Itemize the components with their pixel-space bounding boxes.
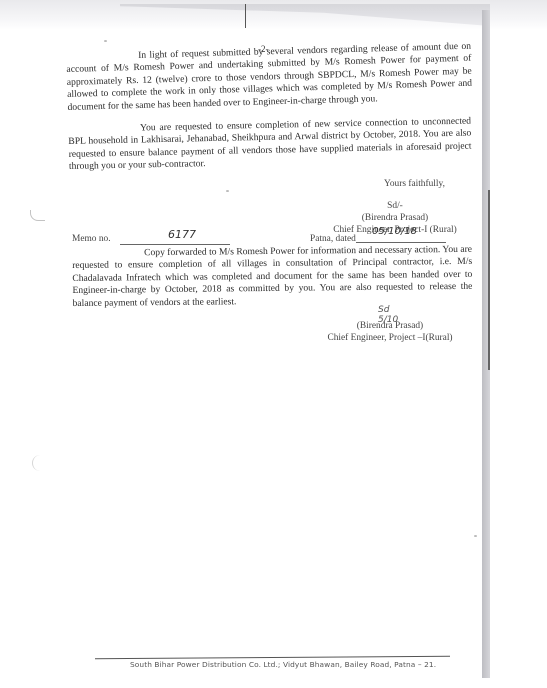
paragraph-1-text: In light of request submitted by several…	[66, 41, 472, 113]
handwritten-signature: Sd 5/10	[378, 305, 406, 319]
scan-speck	[104, 40, 107, 42]
signatory-name: (Birendra Prasad)	[310, 212, 480, 224]
closing: Yours faithfully,	[384, 179, 445, 189]
signature-block-2: (Birendra Prasad) Chief Engineer, Projec…	[300, 320, 480, 344]
footer-rule	[95, 656, 450, 659]
paragraph-3-text: Copy forwarded to M/s Romesh Power for i…	[72, 244, 472, 309]
memo-number: 6177	[168, 228, 196, 241]
scan-mark	[32, 455, 43, 471]
scan-right-edge-dark	[488, 190, 490, 370]
scan-speck	[226, 190, 229, 192]
paragraph-2-text: You are requested to ensure completion o…	[68, 116, 471, 173]
paragraph-3: Copy forwarded to M/s Romesh Power for i…	[72, 244, 473, 310]
document-page: -2- In light of request submitted by sev…	[0, 0, 482, 688]
scan-speck	[474, 535, 477, 537]
signatory-name-2: (Birendra Prasad)	[300, 320, 480, 332]
signature-sd: Sd/-	[310, 200, 480, 212]
dated-underline	[356, 242, 446, 243]
dated-label: Patna, dated	[310, 234, 356, 244]
paragraph-1: In light of request submitted by several…	[66, 41, 473, 114]
memo-date: 05/10/18	[372, 226, 417, 237]
scan-mark	[30, 210, 45, 221]
memo-underline	[120, 244, 230, 245]
memo-label: Memo no.	[72, 234, 111, 244]
signatory-title-2: Chief Engineer, Project –I(Rural)	[300, 332, 480, 344]
footer-address: South Bihar Power Distribution Co. Ltd.;…	[130, 660, 436, 669]
paragraph-2: You are requested to ensure completion o…	[68, 116, 472, 174]
